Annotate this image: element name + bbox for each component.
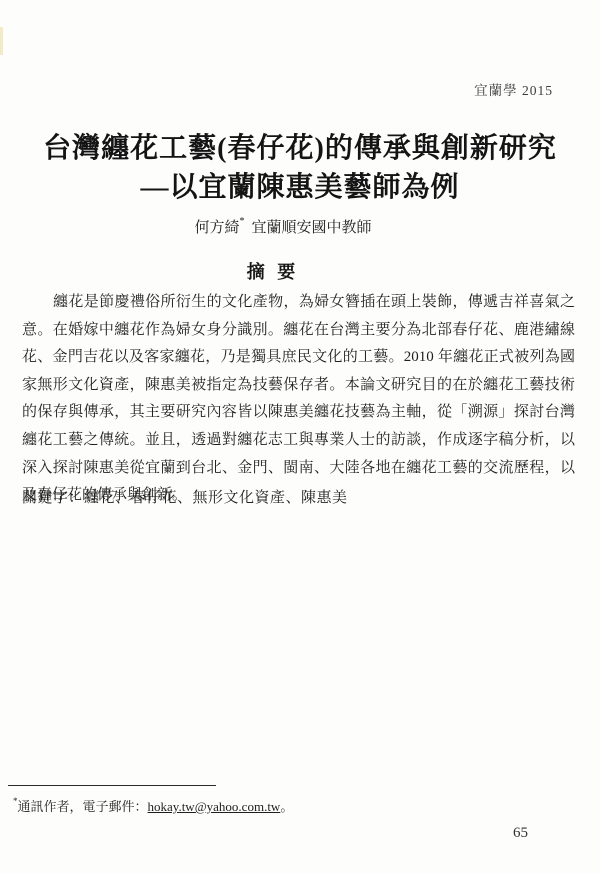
page-number: 65 <box>513 825 528 842</box>
paper-title-line2: —以宜蘭陳惠美藝師為例 <box>0 168 600 207</box>
footnote-text: 通訊作者，電子郵件： <box>18 799 148 814</box>
paper-title: 台灣纏花工藝(春仔花)的傳承與創新研究 —以宜蘭陳惠美藝師為例 <box>0 129 600 207</box>
footnote-marker: * <box>13 796 18 806</box>
scanned-paper-page: 宜蘭學 2015 台灣纏花工藝(春仔花)的傳承與創新研究 —以宜蘭陳惠美藝師為例… <box>0 0 600 873</box>
author-name: 何方綺 <box>194 220 239 236</box>
abstract-body: 纏花是節慶禮俗所衍生的文化產物，為婦女簪插在頭上裝飾，傳遞吉祥喜氣之意。在婚嫁中… <box>22 289 575 510</box>
footnote-divider <box>8 785 216 786</box>
author-line: 何方綺*宜蘭順安國中教師 <box>0 216 566 237</box>
keywords-line: 關鍵字：纏花、春仔花、無形文化資產、陳惠美 <box>22 486 348 507</box>
email-link[interactable]: hokay.tw@yahoo.com.tw <box>148 799 281 814</box>
author-affiliation: 宜蘭順安國中教師 <box>252 220 372 236</box>
footnote-suffix: 。 <box>280 799 293 814</box>
abstract-heading: 摘 要 <box>0 258 546 284</box>
journal-issue-label: 宜蘭學 2015 <box>0 79 553 99</box>
corresponding-author-footnote: *通訊作者，電子郵件：hokay.tw@yahoo.com.tw。 <box>13 796 293 815</box>
scan-edge-artifact <box>0 27 3 55</box>
paper-title-line1: 台灣纏花工藝(春仔花)的傳承與創新研究 <box>0 129 600 168</box>
author-footnote-marker: * <box>240 216 245 227</box>
keywords-label: 關鍵字： <box>22 490 84 506</box>
keywords-text: 纏花、春仔花、無形文化資產、陳惠美 <box>84 490 348 506</box>
